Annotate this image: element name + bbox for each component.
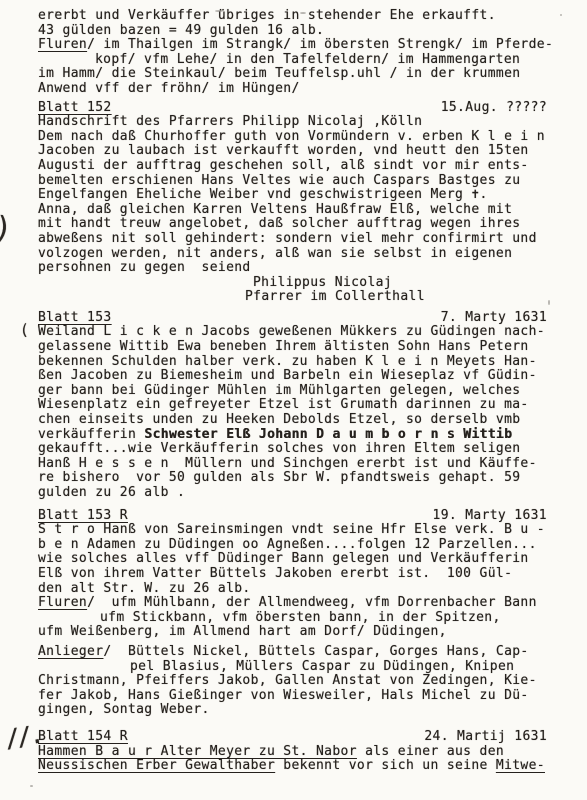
text-line: Anwend vff der fröhn/ im Hüngen/ — [38, 82, 567, 97]
margin-mark: ( — [19, 323, 31, 339]
text-line: volzogen werden, nit anders, alß wan sie… — [38, 247, 567, 262]
text-line: 43 gülden bazen = 49 gulden 16 alb. — [38, 24, 567, 39]
line-text: bekennen Schulden halber verk. zu haben … — [38, 354, 537, 369]
margin-mark: //. — [4, 727, 42, 746]
line-text: bemelten erschienen Hans Veltes wie auch… — [38, 173, 520, 188]
line-text: ererbt und Verkäuffer übriges in stehend… — [38, 8, 496, 23]
underlined-text: Fluren — [38, 595, 87, 610]
text-line: gulden zu 26 alb . — [38, 486, 567, 501]
line-text: mit handt treuw angelobet, daß solcher a… — [38, 216, 520, 231]
line-text: Engelfangen Eheliche Weiber vnd geschwis… — [38, 187, 488, 202]
line-text: gekaufft...wie Verkäufferin solches von … — [38, 441, 520, 456]
underlined-text: Blatt 153 R — [38, 508, 128, 523]
text-line: den alt Str. W. zu 26 alb. — [38, 582, 567, 597]
text-line: Philippus Nicolaj — [38, 276, 567, 291]
text-line: ßen Jacoben zu Biemesheim und Barbeln ei… — [38, 369, 567, 384]
line-text: Wiesenplatz ein gefreyeter Etzel ist Gru… — [38, 397, 529, 412]
text-line: Augusti der aufftrag geschehen soll, alß… — [38, 159, 567, 174]
line-text: fer Jakob, Hans Gießinger von Wiesweiler… — [38, 688, 529, 703]
line-text: chen einseits unden zu Heeken Debolds Et… — [38, 412, 520, 427]
text-line: ererbt und Verkäuffer übriges in stehend… — [38, 9, 567, 24]
line-text: ßen Jacoben zu Biemesheim und Barbeln ei… — [38, 368, 537, 383]
line-text: gulden zu 26 alb . — [38, 485, 185, 500]
text-line: Christmann, Pfeiffers Jakob, Gallen Anst… — [38, 674, 567, 689]
line-text: abweßens nit soll gehindert: sondern vie… — [38, 231, 537, 246]
line-text: Anna, daß gleichen Karren Veltens Haußfr… — [38, 202, 512, 217]
section-heading-line: Blatt 1537. Marty 1631 — [38, 311, 567, 326]
document-page: ererbt und Verkäuffer übriges in stehend… — [0, 0, 587, 800]
document-lines: ererbt und Verkäuffer übriges in stehend… — [38, 9, 567, 774]
text-line: Hanß H e s s e n Müllern und Sinchgen er… — [38, 457, 567, 472]
text-line: ufm Weißenberg, im Allmend hart am Dorf/… — [38, 625, 567, 640]
line-text: Hanß H e s s e n Müllern und Sinchgen er… — [38, 456, 537, 471]
text-line: pel Blasius, Müllers Caspar zu Düdingen,… — [38, 660, 567, 675]
line-text: wie solches alles vff Düdinger Bann gele… — [38, 551, 529, 566]
line-text: Anwend vff der fröhn/ im Hüngen/ — [38, 81, 300, 96]
text-line: verkäufferin Schwester Elß Johann D a u … — [38, 428, 567, 443]
line-text: gelassene Wittib Ewa beneben Ihrem ältis… — [38, 339, 529, 354]
line-text: ger bann bei Güdinger Mühlen im Mühlgart… — [38, 383, 520, 398]
text-line: bekennen Schulden halber verk. zu haben … — [38, 355, 567, 370]
line-text: bekennt vor sich un seine — [275, 758, 496, 773]
text-line: kopf/ vfm Lehe/ in den Tafelfeldern/ im … — [38, 53, 567, 68]
line-text: Augusti der aufftrag geschehen soll, alß… — [38, 158, 529, 173]
line-text: ufm Stickbann, vfm öbersten bann, in der… — [100, 610, 501, 625]
line-text: Pfarrer im Collerthall — [245, 289, 425, 304]
line-text: verkäufferin — [38, 427, 144, 442]
line-text: 43 gülden bazen = 49 gulden 16 alb. — [38, 23, 324, 38]
text-line: ufm Stickbann, vfm öbersten bann, in der… — [38, 611, 567, 626]
text-line: ger bann bei Güdinger Mühlen im Mühlgart… — [38, 384, 567, 399]
text-line: )abweßens nit soll gehindert: sondern vi… — [38, 232, 567, 247]
line-text: den alt Str. W. zu 26 alb. — [38, 581, 251, 596]
text-line: Wiesenplatz ein gefreyeter Etzel ist Gru… — [38, 398, 567, 413]
line-text: Weiland L i c k e n Jacobs geweßenen Mük… — [38, 324, 545, 339]
date-label: 15.Aug. ????? — [441, 101, 547, 116]
date-label: 7. Marty 1631 — [441, 311, 547, 326]
underlined-text: Anlieger — [38, 644, 103, 659]
text-line: fer Jakob, Hans Gießinger von Wiesweiler… — [38, 689, 567, 704]
date-label: 19. Marty 1631 — [433, 509, 547, 524]
line-text: als einer aus den — [357, 744, 504, 759]
line-text: Dem nach daß Churhoffer guth von Vormünd… — [38, 129, 545, 144]
text-line: Dem nach daß Churhoffer guth von Vormünd… — [38, 130, 567, 145]
underlined-text: Hammen B a u r Alter Meyer zu St. Nabor — [38, 744, 357, 759]
text-line: Handschrift des Pfarrers Philipp Nicolaj… — [38, 115, 567, 130]
underlined-text: Blatt 152 — [38, 100, 112, 115]
text-line: wie solches alles vff Düdinger Bann gele… — [38, 552, 567, 567]
text-line: re bishero vor 50 gulden als Sbr W. pfan… — [38, 471, 567, 486]
text-line: Hammen B a u r Alter Meyer zu St. Nabor … — [38, 745, 567, 760]
line-text: Handschrift des Pfarrers Philipp Nicolaj… — [38, 114, 422, 129]
line-text: pel Blasius, Müllers Caspar zu Düdingen,… — [130, 659, 514, 674]
text-line: Anlieger/ Büttels Nickel, Büttels Caspar… — [38, 645, 567, 660]
line-text: volzogen werden, nit anders, alß wan sie… — [38, 246, 512, 261]
line-text: re bishero vor 50 gulden als Sbr W. pfan… — [38, 470, 520, 485]
section-heading-line: Blatt 153 R19. Marty 1631 — [38, 509, 567, 524]
margin-mark: ) — [0, 221, 13, 237]
line-text: persohnen zu gegen seiend — [38, 260, 251, 275]
line-text: / im Thailgen im Strangk/ im öbersten St… — [87, 37, 553, 52]
text-line: im Hamm/ die Steinkaul/ beim Teuffelsp.u… — [38, 67, 567, 82]
text-line: Neussischen Erber Gewalthaber bekennt vo… — [38, 759, 567, 774]
text-line: Elß von ihrem Vatter Büttels Jakoben ere… — [38, 567, 567, 582]
scan-noise — [30, 785, 33, 787]
line-text: / Büttels Nickel, Büttels Caspar, Gorges… — [103, 644, 528, 659]
date-label: 24. Martij 1631 — [424, 730, 547, 745]
text-line: Engelfangen Eheliche Weiber vnd geschwis… — [38, 188, 567, 203]
text-line: persohnen zu gegen seiend — [38, 261, 567, 276]
underlined-text: Blatt 153 — [38, 310, 112, 325]
line-text: Schwester Elß Johann D a u m b o r n s W… — [144, 427, 512, 442]
text-line: bemelten erschienen Hans Veltes wie auch… — [38, 174, 567, 189]
text-line: b e n Adamen zu Düdingen oo Agneßen....f… — [38, 538, 567, 553]
underlined-text: Fluren — [38, 37, 87, 52]
line-text: Elß von ihrem Vatter Büttels Jakoben ere… — [38, 566, 512, 581]
text-line: (Weiland L i c k e n Jacobs geweßenen Mü… — [38, 325, 567, 340]
underlined-text: Mitwe- — [496, 758, 545, 773]
line-text: b e n Adamen zu Düdingen oo Agneßen....f… — [38, 537, 537, 552]
text-line: Fluren/ im Thailgen im Strangk/ im öbers… — [38, 38, 567, 53]
underlined-text: Neussischen Erber Gewalthaber — [38, 758, 275, 773]
line-text: gingen, Sontag Weber. — [38, 702, 210, 717]
text-line: Fluren/ ufm Mühlbann, der Allmendweeg, v… — [38, 596, 567, 611]
section-heading-line: Blatt 15215.Aug. ????? — [38, 101, 567, 116]
text-line: gingen, Sontag Weber. — [38, 703, 567, 718]
line-text: Christmann, Pfeiffers Jakob, Gallen Anst… — [38, 673, 537, 688]
underlined-text: Blatt 154 R — [38, 729, 128, 744]
text-line: Jacoben zu laubach ist verkaufft worden,… — [38, 144, 567, 159]
line-text: ufm Weißenberg, im Allmend hart am Dorf/… — [38, 624, 447, 639]
line-text: / ufm Mühlbann, der Allmendweeg, vfm Dor… — [87, 595, 537, 610]
line-text: im Hamm/ die Steinkaul/ beim Teuffelsp.u… — [38, 66, 520, 81]
line-text: S t r o Hanß von Sareinsmingen vndt sein… — [38, 522, 545, 537]
text-line: chen einseits unden zu Heeken Debolds Et… — [38, 413, 567, 428]
text-line: gelassene Wittib Ewa beneben Ihrem ältis… — [38, 340, 567, 355]
text-line: mit handt treuw angelobet, daß solcher a… — [38, 217, 567, 232]
text-line: Pfarrer im Collerthall — [38, 290, 567, 305]
section-heading-line: //.Blatt 154 R24. Martij 1631 — [38, 730, 567, 745]
line-text: Philippus Nicolaj — [253, 275, 392, 290]
text-line: S t r o Hanß von Sareinsmingen vndt sein… — [38, 523, 567, 538]
line-text: Jacoben zu laubach ist verkaufft worden,… — [38, 143, 529, 158]
text-line: gekaufft...wie Verkäufferin solches von … — [38, 442, 567, 457]
line-text: kopf/ vfm Lehe/ in den Tafelfeldern/ im … — [95, 52, 520, 67]
text-line: Anna, daß gleichen Karren Veltens Haußfr… — [38, 203, 567, 218]
